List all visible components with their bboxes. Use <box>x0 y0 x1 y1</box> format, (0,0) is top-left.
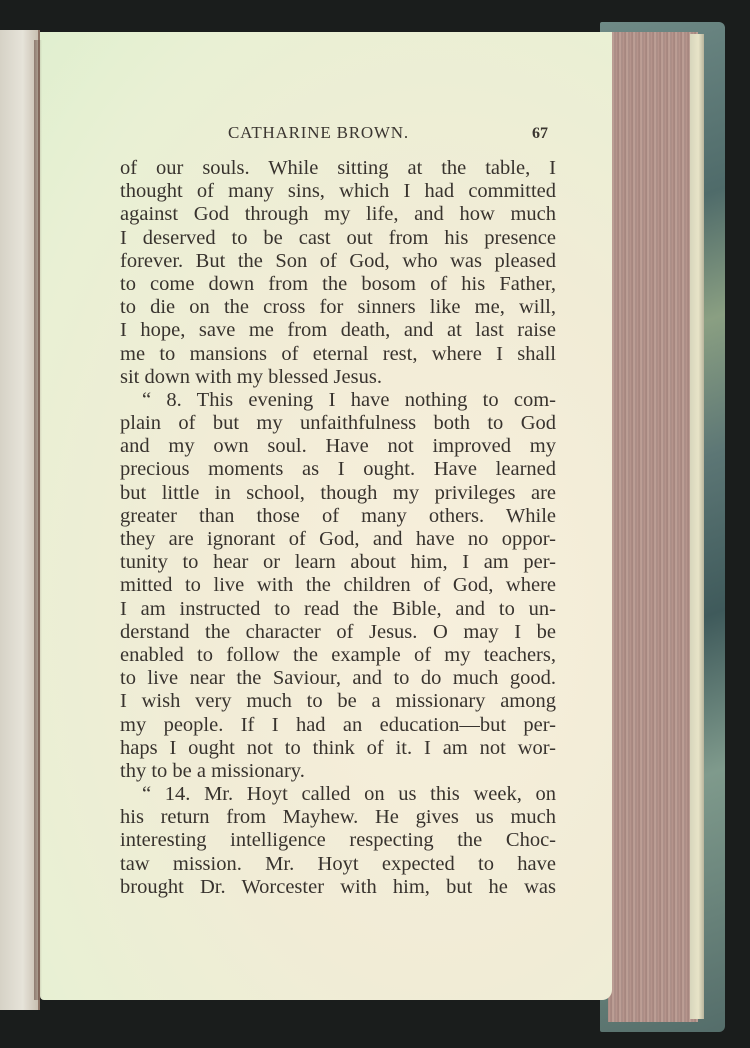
text-line: against God through my life, and how muc… <box>120 203 556 226</box>
text-line: sit down with my blessed Jesus. <box>120 366 556 389</box>
book-photo: CATHARINE BROWN. 67 of our souls. While … <box>0 0 750 1048</box>
running-head: CATHARINE BROWN. 67 <box>120 123 560 143</box>
running-head-title: CATHARINE BROWN. <box>228 123 409 143</box>
endpaper-edge <box>690 34 704 1019</box>
text-line: they are ignorant of God, and have no op… <box>120 528 556 551</box>
text-line: me to mansions of eternal rest, where I … <box>120 343 556 366</box>
page-block-fore-edge <box>608 32 698 1022</box>
text-line: “ 14. Mr. Hoyt called on us this week, o… <box>120 783 556 806</box>
text-line: mitted to live with the children of God,… <box>120 574 556 597</box>
text-line: forever. But the Son of God, who was ple… <box>120 250 556 273</box>
gutter-shadow <box>34 40 42 1000</box>
text-line: and my own soul. Have not improved my <box>120 435 556 458</box>
body-text: of our souls. While sitting at the table… <box>120 157 556 899</box>
text-line: brought Dr. Worcester with him, but he w… <box>120 876 556 899</box>
text-line: taw mission. Mr. Hoyt expected to have <box>120 853 556 876</box>
text-line: plain of but my unfaithfulness both to G… <box>120 412 556 435</box>
text-line: I deserved to be cast out from his prese… <box>120 227 556 250</box>
text-line: I am instructed to read the Bible, and t… <box>120 598 556 621</box>
text-line: enabled to follow the example of my teac… <box>120 644 556 667</box>
text-line: of our souls. While sitting at the table… <box>120 157 556 180</box>
text-line: “ 8. This evening I have nothing to com- <box>120 389 556 412</box>
text-line: I wish very much to be a missionary amon… <box>120 690 556 713</box>
text-line: thy to be a missionary. <box>120 760 556 783</box>
text-line: derstand the character of Jesus. O may I… <box>120 621 556 644</box>
book-page: CATHARINE BROWN. 67 of our souls. While … <box>40 32 612 1000</box>
text-line: his return from Mayhew. He gives us much <box>120 806 556 829</box>
text-line: my people. If I had an education—but per… <box>120 714 556 737</box>
text-line: to live near the Saviour, and to do much… <box>120 667 556 690</box>
page-number: 67 <box>532 125 548 143</box>
text-line: interesting intelligence respecting the … <box>120 829 556 852</box>
text-line: greater than those of many others. While <box>120 505 556 528</box>
text-line: haps I ought not to think of it. I am no… <box>120 737 556 760</box>
text-line: tunity to hear or learn about him, I am … <box>120 551 556 574</box>
text-line: precious moments as I ought. Have learne… <box>120 458 556 481</box>
text-line: I hope, save me from death, and at last … <box>120 319 556 342</box>
text-line: to come down from the bosom of his Fathe… <box>120 273 556 296</box>
text-line: thought of many sins, which I had commit… <box>120 180 556 203</box>
text-line: to die on the cross for sinners like me,… <box>120 296 556 319</box>
text-line: but little in school, though my privileg… <box>120 482 556 505</box>
